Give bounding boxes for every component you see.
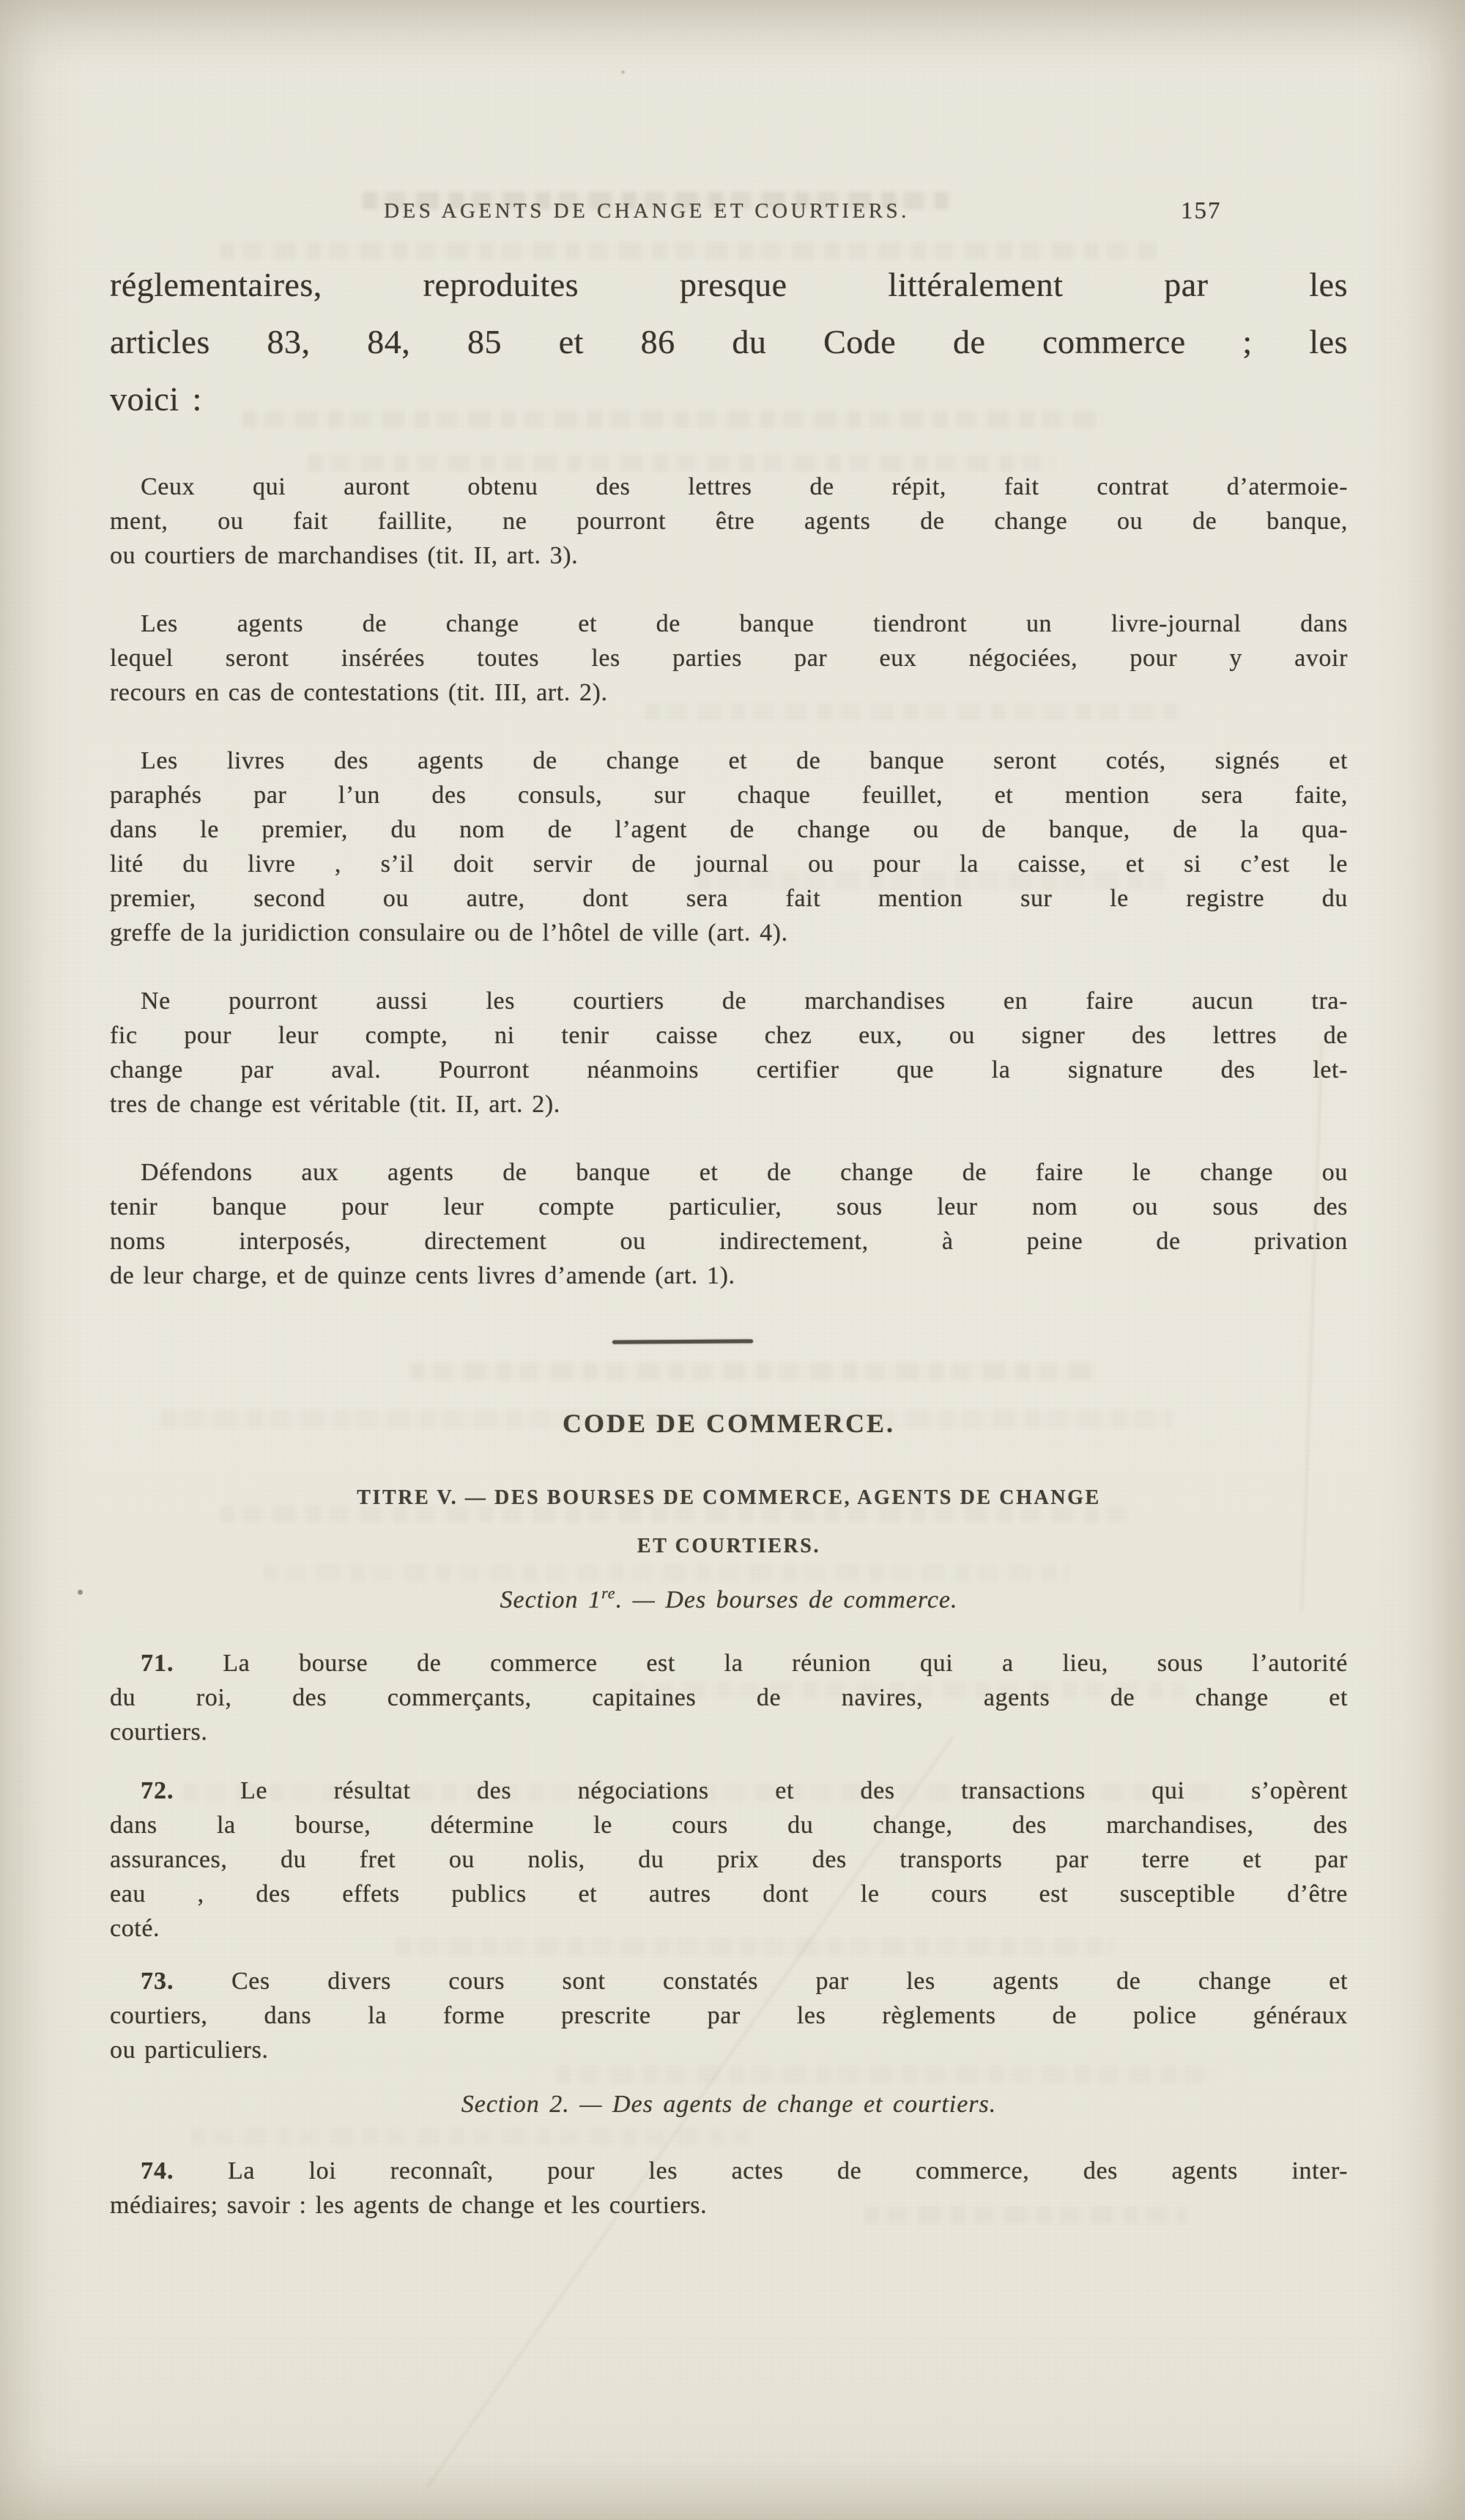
bleed-through-mark <box>190 2128 762 2146</box>
text-line: articles 83, 84, 85 et 86 du Code de com… <box>110 314 1348 371</box>
code-heading: CODE DE COMMERCE. <box>110 1408 1348 1439</box>
titre-line-2: ET COURTIERS. <box>110 1522 1348 1571</box>
text-line: noms interposés, directement ou indirect… <box>110 1224 1348 1259</box>
text-line: paraphés par l’un des consuls, sur chaqu… <box>110 778 1348 812</box>
text-line: Défendons aux agents de banque et de cha… <box>110 1155 1348 1190</box>
text-line: dans la bourse, détermine le cours du ch… <box>110 1808 1348 1842</box>
text-line: premier, second ou autre, dont sera fait… <box>110 881 1348 916</box>
section-1-title: . — Des bourses de commerce. <box>616 1586 958 1613</box>
regulation-paragraph: Ne pourront aussi les courtiers de march… <box>110 984 1348 1122</box>
text-line: réglementaires, reproduites presque litt… <box>110 256 1348 314</box>
ink-speck <box>621 70 625 74</box>
text-line: voici : <box>110 371 1348 428</box>
text-line: lequel seront insérées toutes les partie… <box>110 641 1348 675</box>
regulation-paragraph: Les livres des agents de change et de ba… <box>110 744 1348 950</box>
text-line: coté. <box>110 1911 1348 1946</box>
text-line: tres de change est véritable (tit. II, a… <box>110 1087 1348 1122</box>
text-line: change par aval. Pourront néanmoins cert… <box>110 1053 1348 1087</box>
titre-heading: TITRE V. — DES BOURSES DE COMMERCE, AGEN… <box>110 1474 1348 1571</box>
text-line: de leur charge, et de quinze cents livre… <box>110 1259 1348 1293</box>
text-line: dans le premier, du nom de l’agent de ch… <box>110 812 1348 847</box>
text-line: assurances, du fret ou nolis, du prix de… <box>110 1842 1348 1877</box>
running-header-title: DES AGENTS DE CHANGE ET COURTIERS. <box>28 199 1266 223</box>
article-71: 71. La bourse de commerce est la réunion… <box>110 1646 1348 1749</box>
text-line: 74. La loi reconnaît, pour les actes de … <box>110 2154 1348 2188</box>
text-line: courtiers. <box>110 1715 1348 1749</box>
text-line: Les agents de change et de banque tiendr… <box>110 607 1348 641</box>
article-73: 73. Ces divers cours sont constatés par … <box>110 1964 1348 2067</box>
bleed-through-mark <box>557 2066 1216 2083</box>
regulation-paragraph: Défendons aux agents de banque et de cha… <box>110 1155 1348 1293</box>
section-divider <box>612 1339 753 1344</box>
text-line: médiaires; savoir : les agents de change… <box>110 2188 1348 2223</box>
regulation-paragraph: Les agents de change et de banque tiendr… <box>110 607 1348 710</box>
text-line: greffe de la juridiction consulaire ou d… <box>110 916 1348 950</box>
article-74: 74. La loi reconnaît, pour les actes de … <box>110 2154 1348 2223</box>
text-line: courtiers, dans la forme prescrite par l… <box>110 1998 1348 2033</box>
text-line: ou particuliers. <box>110 2033 1348 2067</box>
section-1-heading: Section 1re. — Des bourses de commerce. <box>110 1584 1348 1614</box>
book-page: DES AGENTS DE CHANGE ET COURTIERS. 157 r… <box>0 0 1465 2520</box>
titre-line-1: TITRE V. — DES BOURSES DE COMMERCE, AGEN… <box>110 1474 1348 1522</box>
text-line: ment, ou fait faillite, ne pourront être… <box>110 504 1348 538</box>
section-1-label: Section 1 <box>500 1586 601 1613</box>
text-line: Ceux qui auront obtenu des lettres de ré… <box>110 470 1348 504</box>
text-line: 71. La bourse de commerce est la réunion… <box>110 1646 1348 1680</box>
intro-paragraph: réglementaires, reproduites presque litt… <box>110 256 1348 428</box>
text-line: du roi, des commerçants, capitaines de n… <box>110 1680 1348 1715</box>
text-line: 73. Ces divers cours sont constatés par … <box>110 1964 1348 1998</box>
article-72: 72. Le résultat des négociations et des … <box>110 1774 1348 1946</box>
text-line: tenir banque pour leur compte particulie… <box>110 1190 1348 1224</box>
regulation-paragraph: Ceux qui auront obtenu des lettres de ré… <box>110 470 1348 573</box>
text-line: Ne pourront aussi les courtiers de march… <box>110 984 1348 1018</box>
bleed-through-mark <box>410 1363 1099 1380</box>
text-line: 72. Le résultat des négociations et des … <box>110 1774 1348 1808</box>
page-header: DES AGENTS DE CHANGE ET COURTIERS. 157 <box>110 199 1348 229</box>
section-1-ordinal-sup: re <box>601 1584 616 1602</box>
text-line: recours en cas de contestations (tit. II… <box>110 675 1348 710</box>
text-line: fic pour leur compte, ni tenir caisse ch… <box>110 1018 1348 1053</box>
text-line: lité du livre , s’il doit servir de jour… <box>110 847 1348 881</box>
text-line: ou courtiers de marchandises (tit. II, a… <box>110 538 1348 573</box>
ink-speck <box>78 1590 83 1595</box>
section-2-heading: Section 2. — Des agents de change et cou… <box>110 2091 1348 2119</box>
text-line: Les livres des agents de change et de ba… <box>110 744 1348 778</box>
text-line: eau , des effets publics et autres dont … <box>110 1877 1348 1911</box>
page-number: 157 <box>1181 198 1222 225</box>
